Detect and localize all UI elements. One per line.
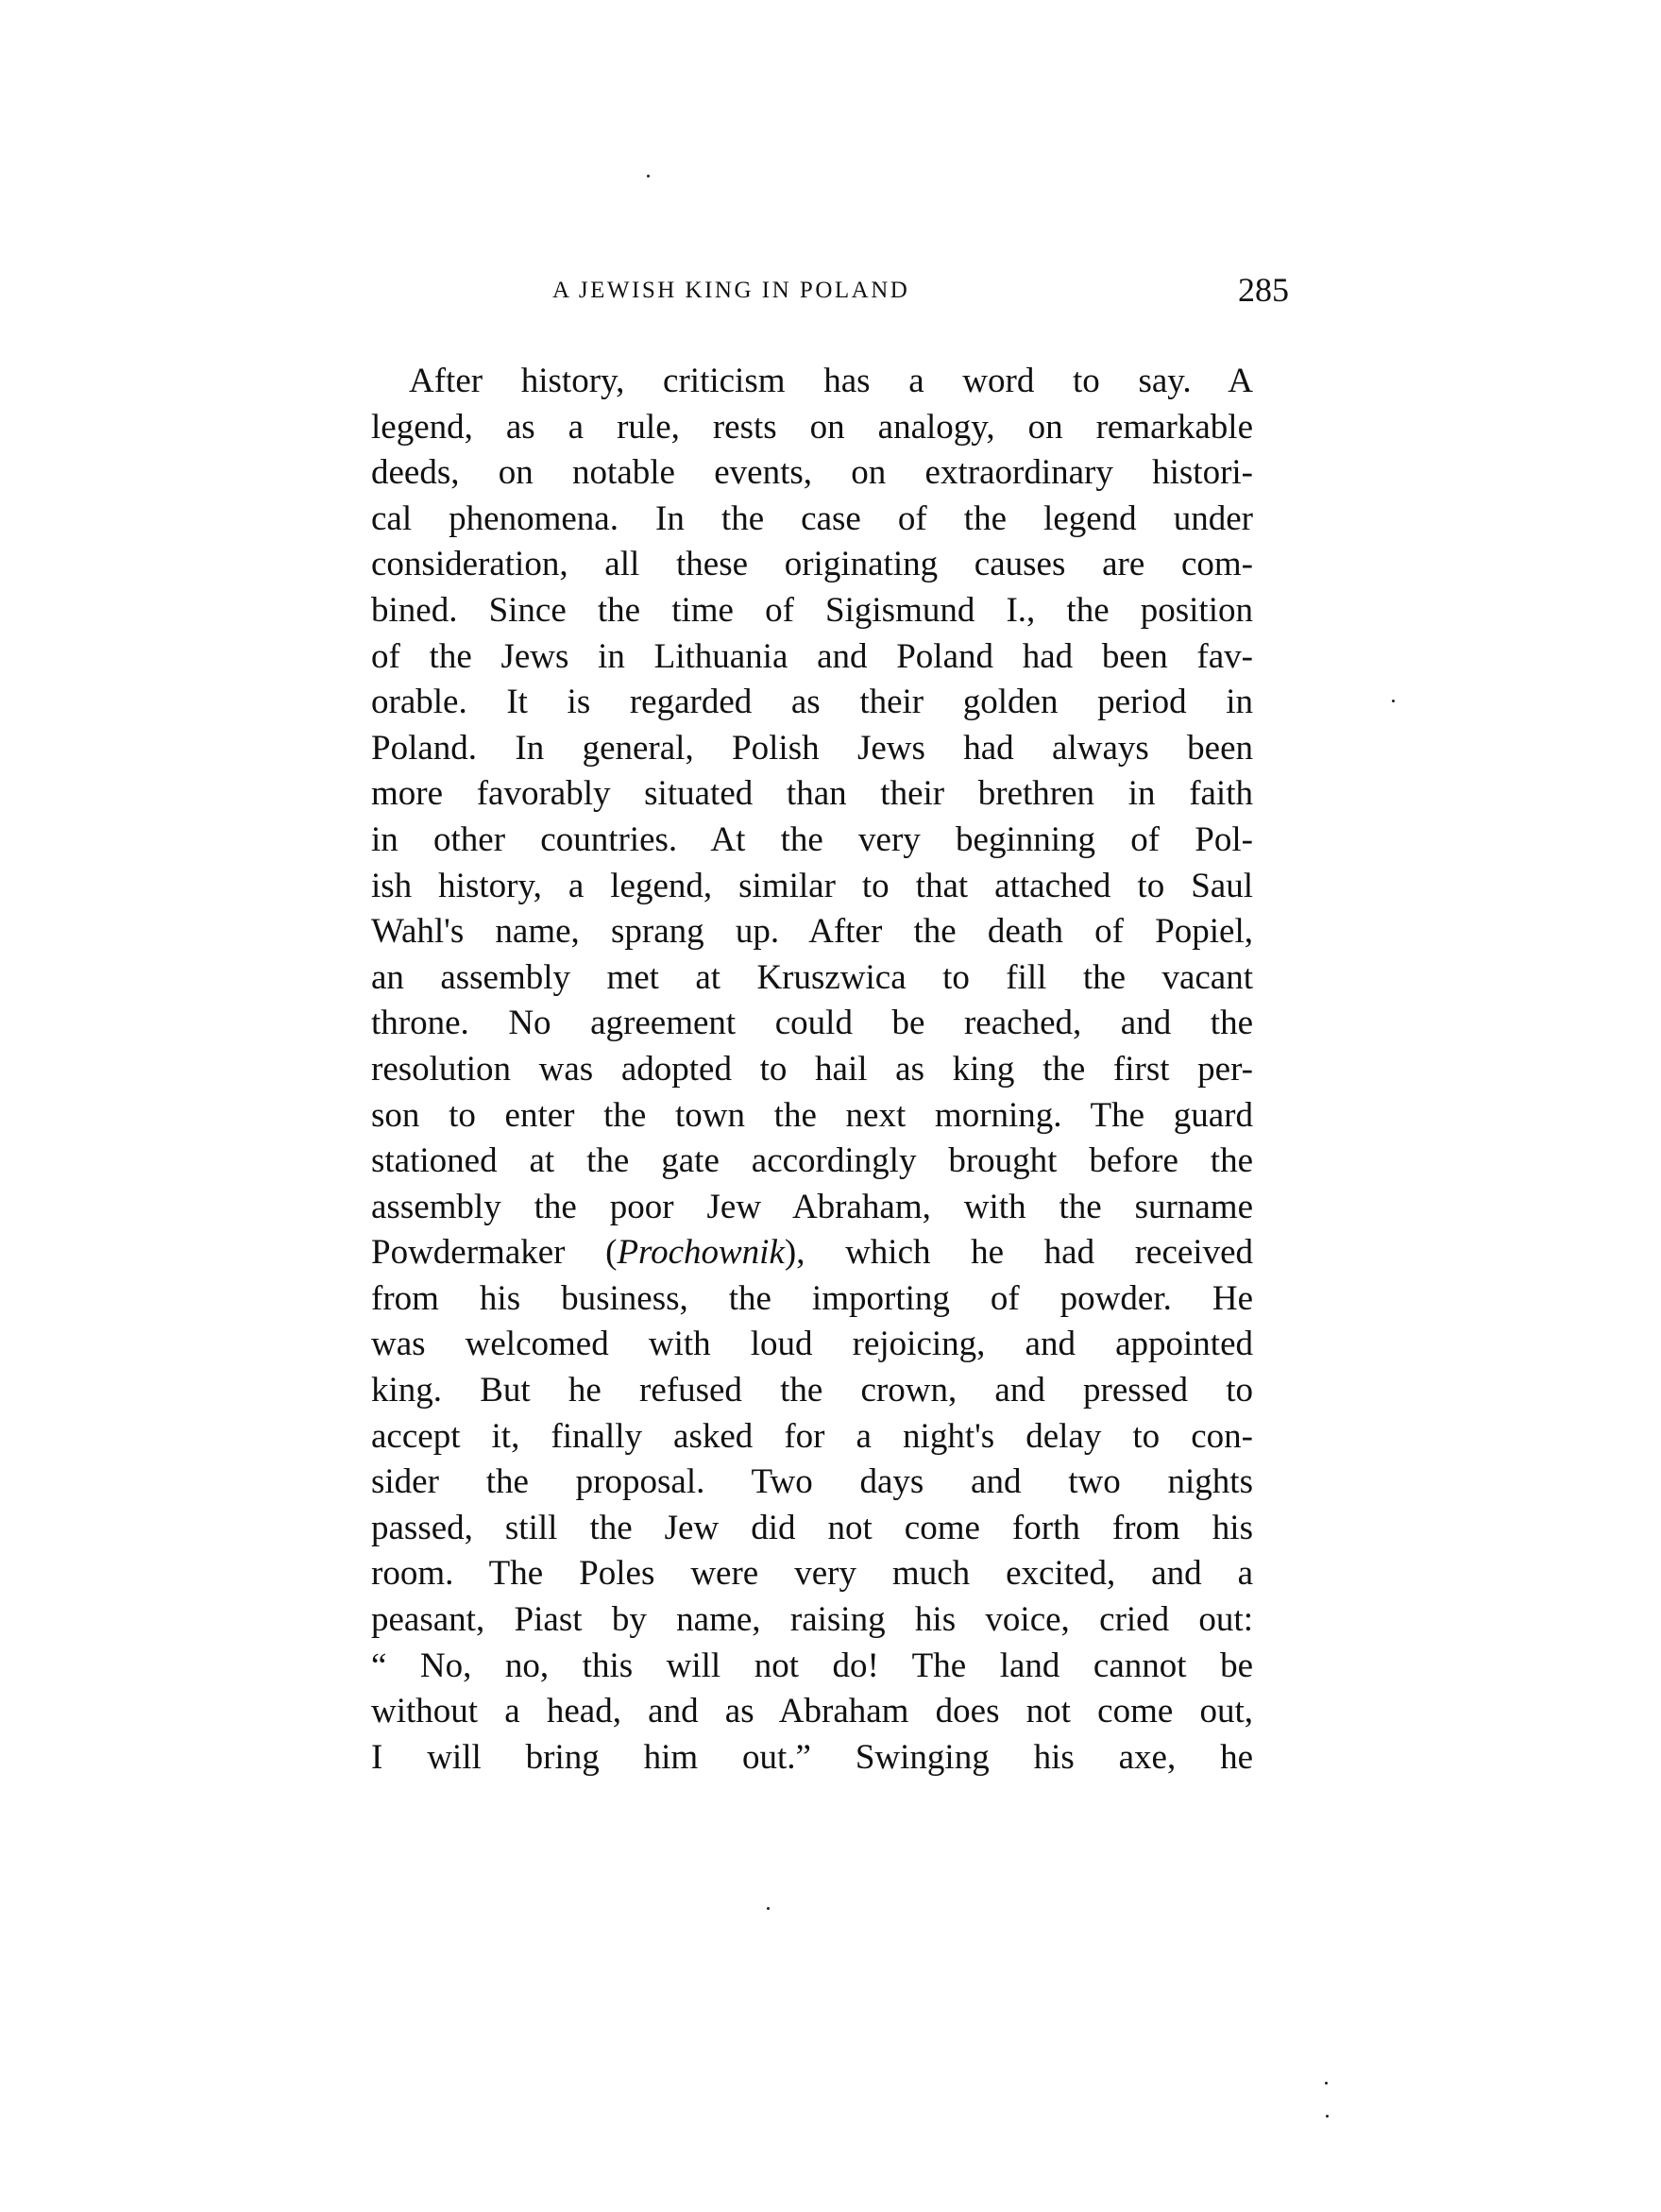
text-line: “ No, no, this will not do! The land can… [371,1644,1253,1690]
text-line: I will bring him out.” Swinging his axe,… [371,1735,1253,1781]
text-segment: Powdermaker ( [371,1233,617,1272]
running-title: A JEWISH KING IN POLAND [552,278,909,304]
book-page: A JEWISH KING IN POLAND 285 After histor… [0,0,1661,2212]
page-number: 285 [1238,270,1289,310]
text-line: was welcomed with loud rejoicing, and ap… [371,1322,1253,1368]
text-line: more favorably situated than their breth… [371,771,1253,818]
text-line: stationed at the gate accordingly brough… [371,1139,1253,1185]
text-line: assembly the poor Jew Abraham, with the … [371,1185,1253,1231]
text-line: Powdermaker (Prochownik), which he had r… [371,1230,1253,1276]
text-line: Poland. In general, Polish Jews had alwa… [371,726,1253,772]
text-line: from his business, the importing of powd… [371,1276,1253,1323]
running-head: A JEWISH KING IN POLAND 285 [552,272,1289,310]
text-line: deeds, on notable events, on extraordina… [371,450,1253,497]
text-line: ish history, a legend, similar to that a… [371,864,1253,910]
text-line: passed, still the Jew did not come forth… [371,1506,1253,1552]
text-line: After history, criticism has a word to s… [371,359,1253,405]
text-line: king. But he refused the crown, and pres… [371,1368,1253,1414]
text-line: without a head, and as Abraham does not … [371,1689,1253,1735]
scan-speck [767,1907,770,1910]
text-line: sider the proposal. Two days and two nig… [371,1460,1253,1506]
scan-speck [647,175,650,177]
scan-speck [1326,2115,1329,2118]
italic-term: Prochownik [617,1233,784,1272]
text-line: legend, as a rule, rests on analogy, on … [371,405,1253,451]
text-line: son to enter the town the next morning. … [371,1093,1253,1140]
text-line: cal phenomena. In the case of the legend… [371,497,1253,543]
text-line: accept it, finally asked for a night's d… [371,1414,1253,1461]
text-line: an assembly met at Kruszwica to fill the… [371,955,1253,1002]
body-paragraph: After history, criticism has a word to s… [371,359,1253,1781]
scan-speck [1392,700,1395,702]
text-segment: ), which he had received [785,1233,1253,1272]
text-line: throne. No agreement could be reached, a… [371,1001,1253,1047]
text-line: Wahl's name, sprang up. After the death … [371,909,1253,955]
text-line: orable. It is regarded as their golden p… [371,680,1253,726]
text-line: in other countries. At the very beginnin… [371,818,1253,864]
scan-speck [1325,2082,1328,2085]
text-line: bined. Since the time of Sigismund I., t… [371,588,1253,634]
text-line: of the Jews in Lithuania and Poland had … [371,634,1253,681]
text-line: consideration, all these originating cau… [371,542,1253,588]
text-line: peasant, Piast by name, raising his voic… [371,1597,1253,1644]
text-line: room. The Poles were very much excited, … [371,1551,1253,1597]
text-line: resolution was adopted to hail as king t… [371,1047,1253,1093]
